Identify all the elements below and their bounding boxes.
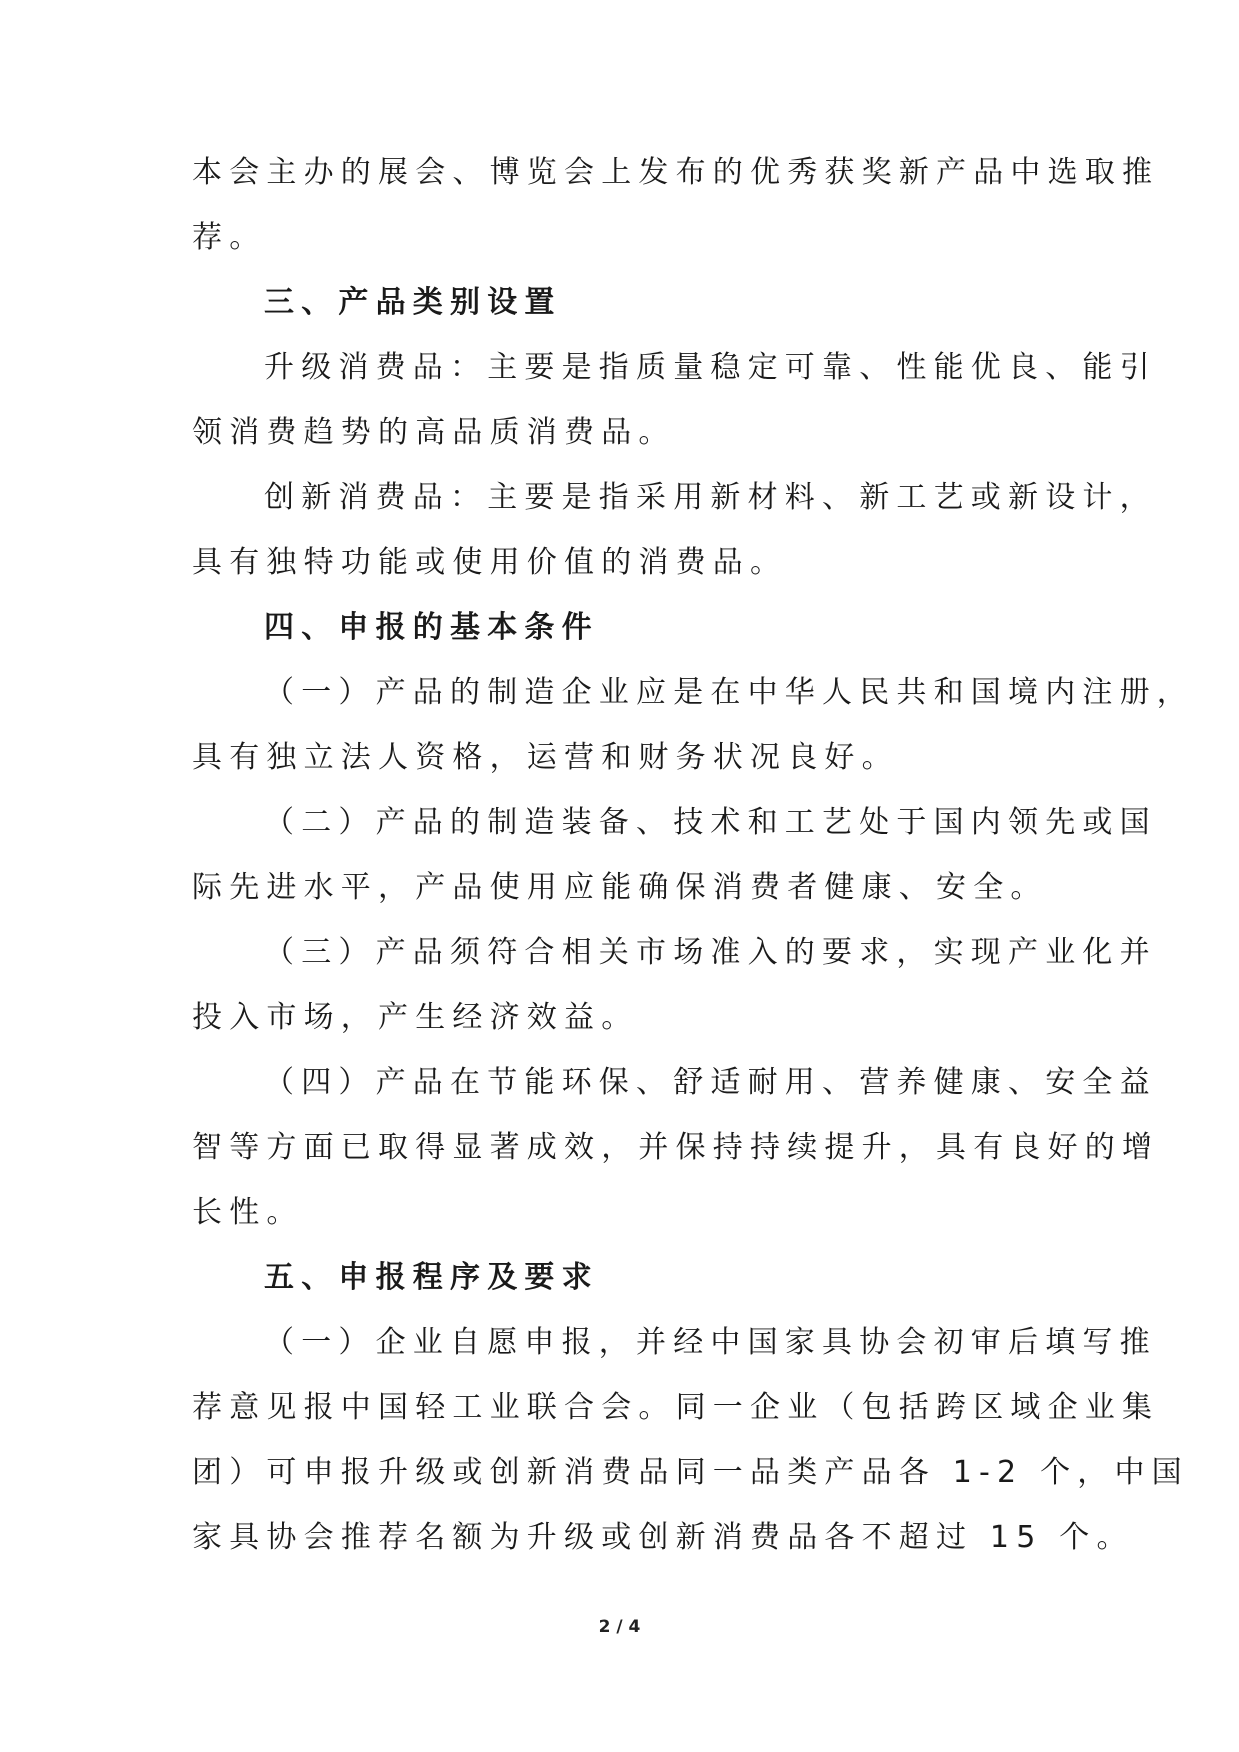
- paragraph-line: 荐意见报中国轻工业联合会。同一企业（包括跨区域企业集: [192, 1375, 1062, 1440]
- document-body: 本会主办的展会、博览会上发布的优秀获奖新产品中选取推 荐。 三、产品类别设置 升…: [192, 140, 1062, 1570]
- paragraph-line: 本会主办的展会、博览会上发布的优秀获奖新产品中选取推: [192, 140, 1062, 205]
- paragraph-line: （三）产品须符合相关市场准入的要求，实现产业化并: [192, 920, 1062, 985]
- paragraph-line: 荐。: [192, 205, 1062, 270]
- document-page: 本会主办的展会、博览会上发布的优秀获奖新产品中选取推 荐。 三、产品类别设置 升…: [0, 0, 1239, 1752]
- paragraph-line: （二）产品的制造装备、技术和工艺处于国内领先或国: [192, 790, 1062, 855]
- paragraph-line: 具有独立法人资格，运营和财务状况良好。: [192, 725, 1062, 790]
- paragraph-line: 长性。: [192, 1180, 1062, 1245]
- paragraph-line: 创新消费品：主要是指采用新材料、新工艺或新设计，: [192, 465, 1062, 530]
- paragraph-line: （一）产品的制造企业应是在中华人民共和国境内注册，: [192, 660, 1062, 725]
- section-heading-5: 五、申报程序及要求: [192, 1245, 1062, 1310]
- paragraph-line: 投入市场，产生经济效益。: [192, 985, 1062, 1050]
- section-heading-3: 三、产品类别设置: [192, 270, 1062, 335]
- page-number: 2 / 4: [0, 1617, 1239, 1637]
- paragraph-line: 际先进水平，产品使用应能确保消费者健康、安全。: [192, 855, 1062, 920]
- paragraph-line: 智等方面已取得显著成效，并保持持续提升，具有良好的增: [192, 1115, 1062, 1180]
- paragraph-line: 团）可申报升级或创新消费品同一品类产品各 1-2 个，中国: [192, 1440, 1062, 1505]
- paragraph-line: （一）企业自愿申报，并经中国家具协会初审后填写推: [192, 1310, 1062, 1375]
- paragraph-line: 领消费趋势的高品质消费品。: [192, 400, 1062, 465]
- paragraph-line: 升级消费品：主要是指质量稳定可靠、性能优良、能引: [192, 335, 1062, 400]
- paragraph-line: 具有独特功能或使用价值的消费品。: [192, 530, 1062, 595]
- paragraph-line: （四）产品在节能环保、舒适耐用、营养健康、安全益: [192, 1050, 1062, 1115]
- section-heading-4: 四、申报的基本条件: [192, 595, 1062, 660]
- paragraph-line: 家具协会推荐名额为升级或创新消费品各不超过 15 个。: [192, 1505, 1062, 1570]
